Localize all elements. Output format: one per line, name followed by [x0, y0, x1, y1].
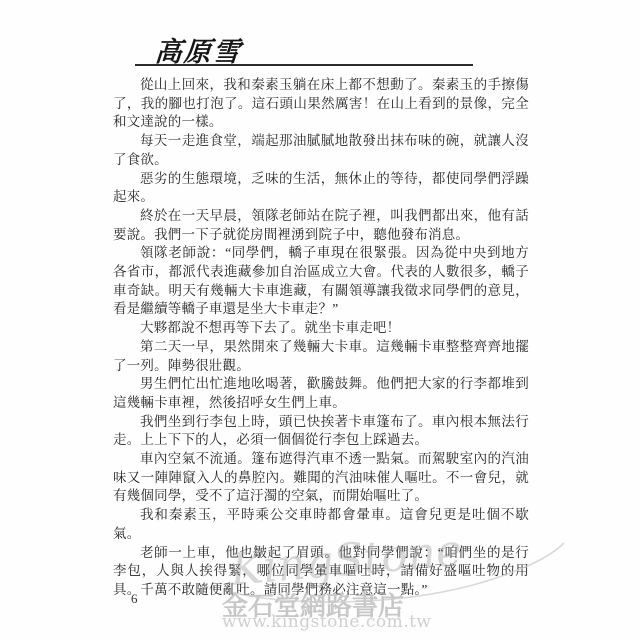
header-rule — [135, 64, 473, 66]
paragraph: 終於在一天早晨，領隊老師站在院子裡，叫我們都出來，他有話要說。我們一下子就從房間… — [113, 207, 529, 244]
paragraph: 老師一上車，他也皺起了眉頭。他對同學們說：“咱們坐的是行李包，人與人挨得緊，哪位… — [113, 544, 529, 600]
paragraph: 車內空氣不流通。篷布遮得汽車不透一點氣。而駕駛室內的汽油味又一陣陣竄入人的鼻腔內… — [113, 450, 529, 506]
paragraph: 我和秦素玉，平時乘公交車時都會暈車。這會兒更是吐個不歇氣。 — [113, 506, 529, 543]
body-text: 從山上回來，我和秦素玉躺在床上都不想動了。秦素玉的手擦傷了，我的腳也打泡了。這石… — [113, 76, 529, 582]
paragraph: 第二天一早，果然開來了幾輛大卡車。這幾輛卡車整整齊齊地擺了一列。陣勢很壯觀。 — [113, 338, 529, 375]
paragraph: 惡劣的生態環境，乏味的生活，無休止的等待，都使同學們浮躁起來。 — [113, 170, 529, 207]
paragraph: 從山上回來，我和秦素玉躺在床上都不想動了。秦素玉的手擦傷了，我的腳也打泡了。這石… — [113, 76, 529, 132]
paragraph: 我們坐到行李包上時，頭已快挨著卡車篷布了。車內根本無法行走。上上下下的人，必須一… — [113, 413, 529, 450]
kingstone-url-watermark: www.kingstone.com.tw — [222, 612, 431, 632]
paragraph: 每天一走進食堂，端起那油膩膩地散發出抹布味的碗，就讓人沒了食欲。 — [113, 132, 529, 169]
page-number: 6 — [131, 591, 138, 607]
paragraph: 男生們忙出忙進地吆喝著，歡騰鼓舞。他們把大家的行李都堆到這幾輛卡車裡，然後招呼女… — [113, 375, 529, 412]
paragraph: 大夥都說不想再等下去了。就坐卡車走吧！ — [113, 319, 529, 338]
paragraph: 領隊老師說：“同學們，轎子車現在很緊張。因為從中央到地方各省市，都派代表進藏參加… — [113, 244, 529, 319]
book-page: 高原雪 從山上回來，我和秦素玉躺在床上都不想動了。秦素玉的手擦傷了，我的腳也打泡… — [0, 0, 640, 640]
